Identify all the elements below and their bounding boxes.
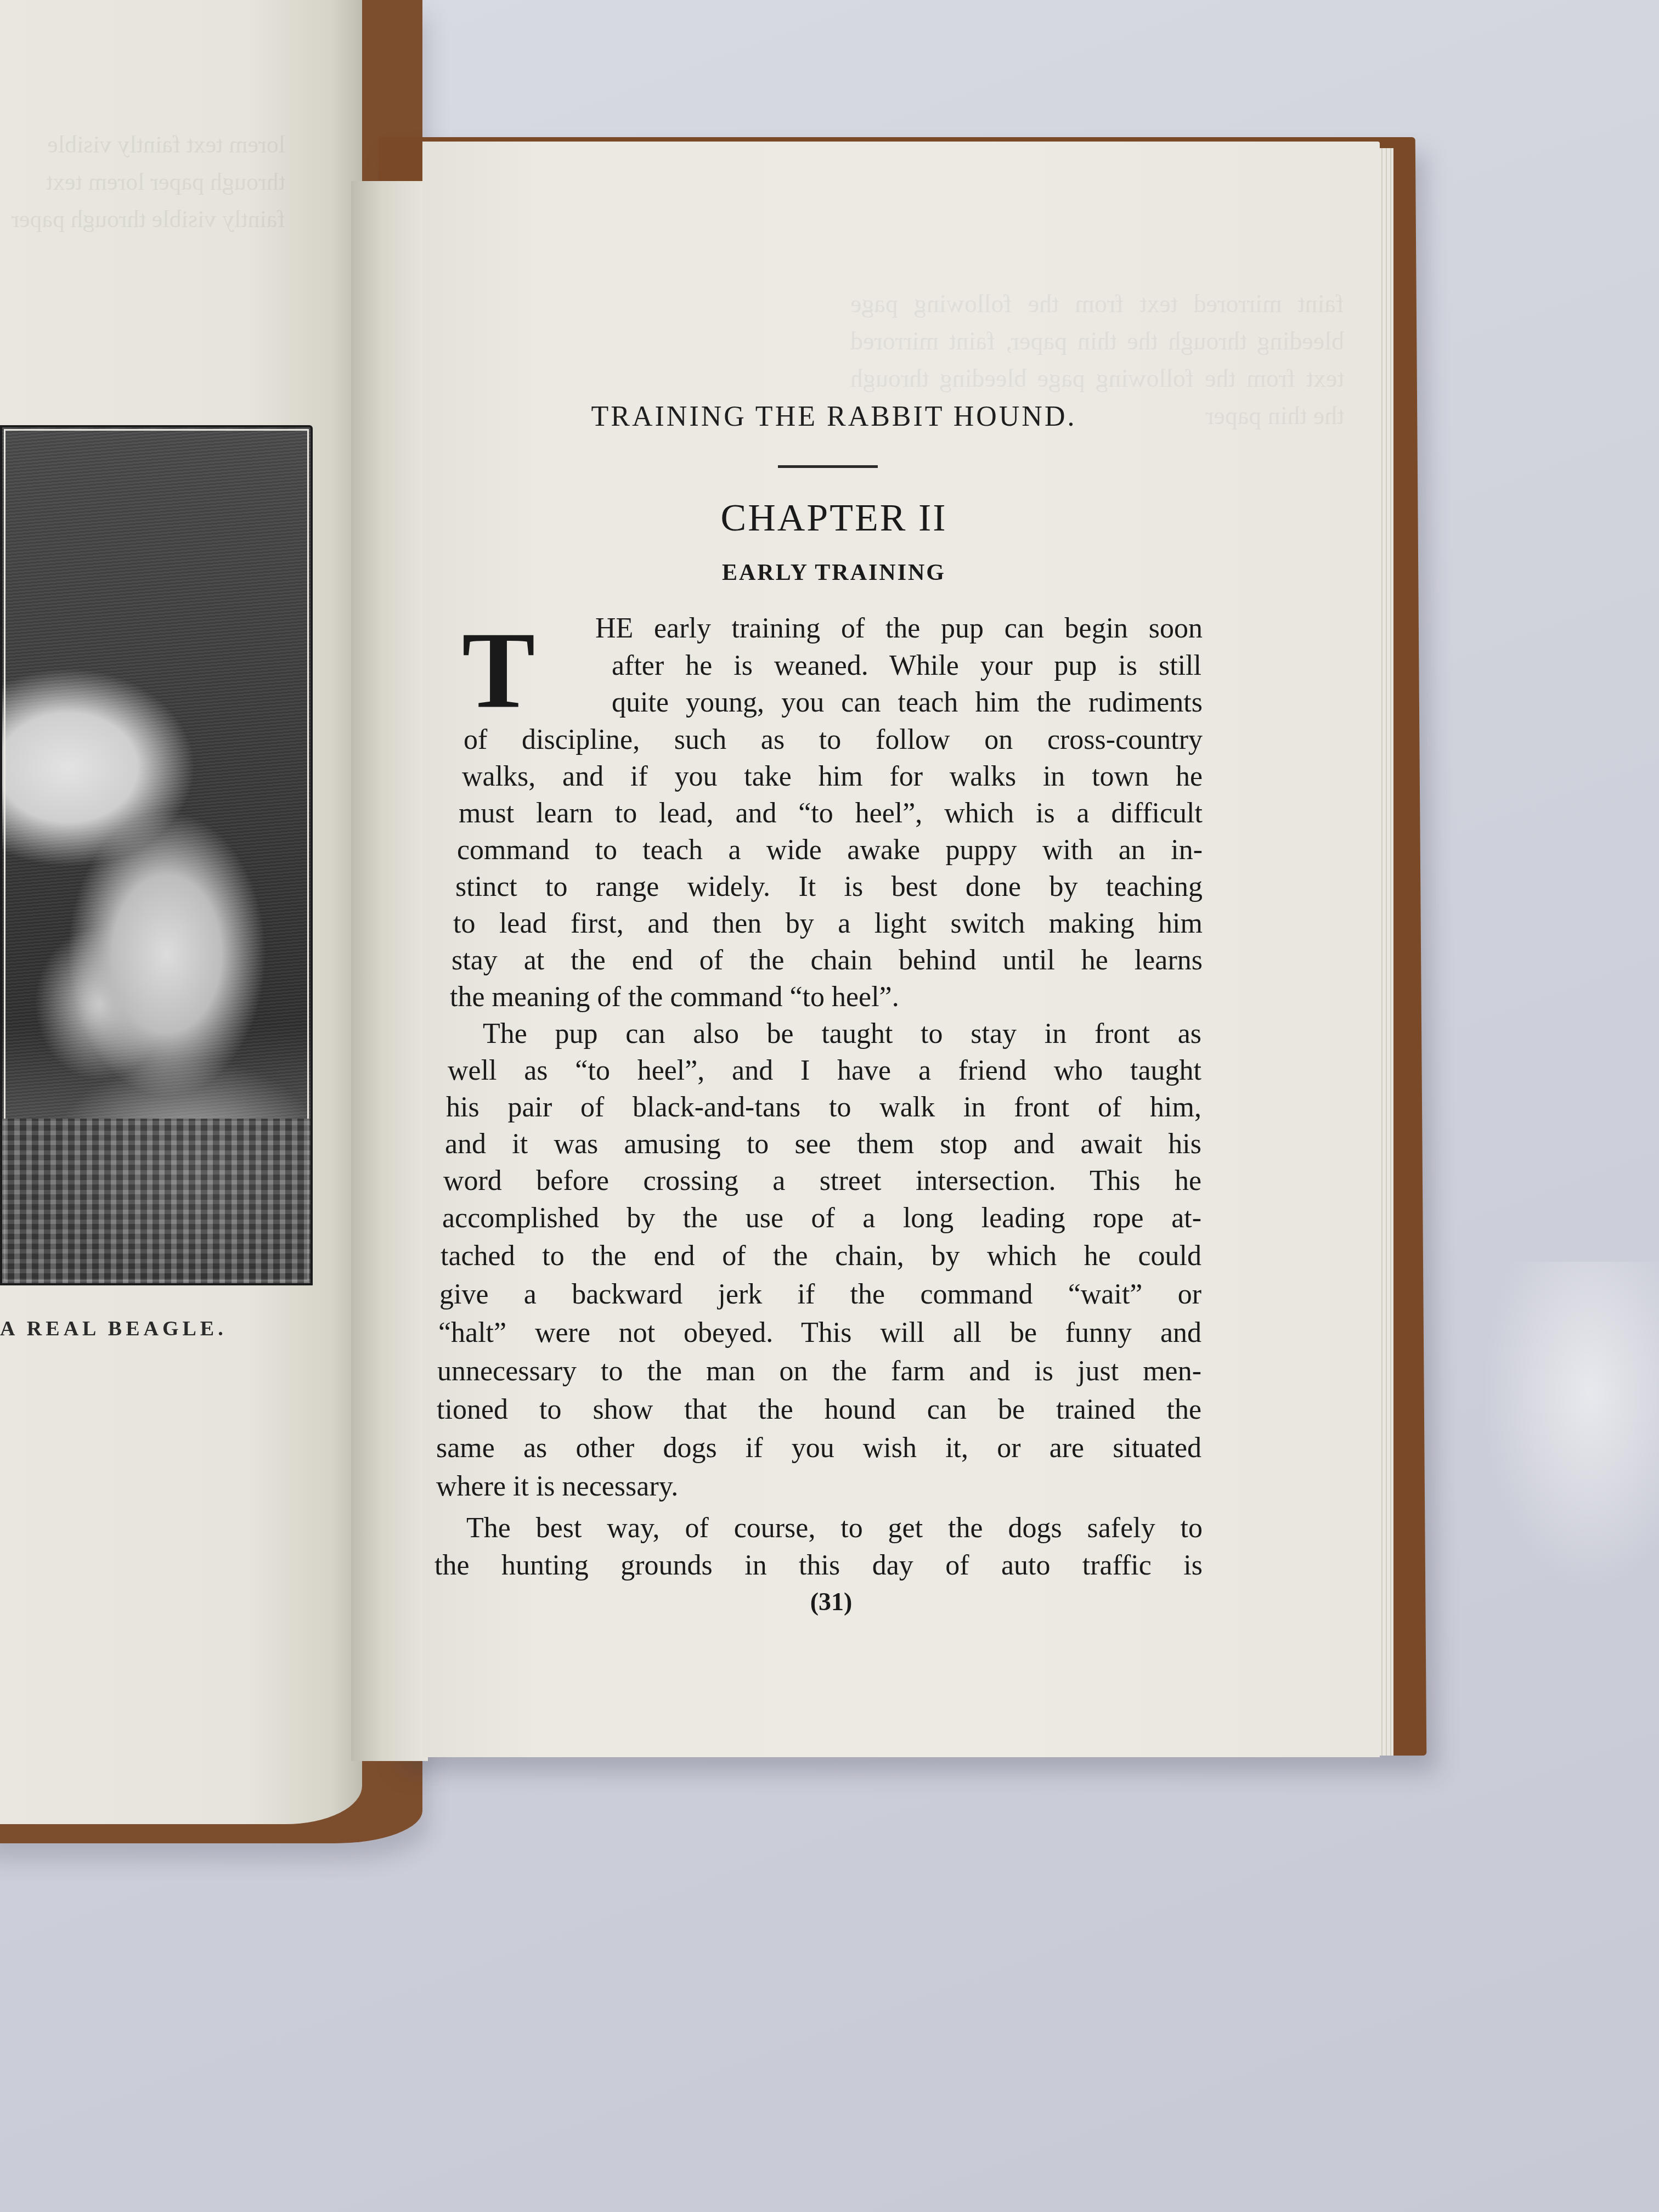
beagle-photograph <box>0 425 313 1285</box>
chapter-subtitle: EARLY TRAINING <box>636 560 1031 586</box>
text-line: unnecessary to the man on the farm and i… <box>437 1353 1201 1390</box>
text-line: tached to the end of the chain, by which… <box>441 1238 1201 1275</box>
text-line: word before crossing a street intersecti… <box>443 1163 1201 1200</box>
text-line: quite young, you can teach him the rudim… <box>612 684 1203 721</box>
text-line: accomplished by the use of a long leadin… <box>442 1200 1201 1237</box>
text-line: stinct to range widely. It is best done … <box>455 868 1203 906</box>
text-line: and it was amusing to see them stop and … <box>445 1126 1201 1163</box>
chapter-title: CHAPTER II <box>636 496 1031 540</box>
wicker-stool <box>2 1119 311 1283</box>
text-line: where it is necessary. <box>436 1468 985 1505</box>
text-line: walks, and if you take him for walks in … <box>462 758 1203 795</box>
text-line: his pair of black-and-tans to walk in fr… <box>446 1089 1201 1126</box>
running-head: TRAINING THE RABBIT HOUND. <box>554 400 1114 433</box>
page-number: (31) <box>785 1587 878 1616</box>
photo-scene: lorem text faintly visible through paper… <box>0 0 1659 2212</box>
page-edges <box>1378 148 1393 1756</box>
text-line: “halt” were not obeyed. This will all be… <box>438 1314 1201 1352</box>
text-line: after he is weaned. While your pup is st… <box>612 647 1201 685</box>
text-line: well as “to heel”, and I have a friend w… <box>448 1052 1201 1090</box>
text-line: of discipline, such as to follow on cros… <box>464 721 1203 759</box>
table-glare <box>1481 1262 1659 1591</box>
text-line: same as other dogs if you wish it, or ar… <box>436 1430 1201 1467</box>
drop-cap: T <box>462 616 535 725</box>
show-through-text: lorem text faintly visible through paper… <box>0 126 285 411</box>
text-line: command to teach a wide awake puppy with… <box>457 832 1203 869</box>
text-line: HE early training of the pup can begin s… <box>595 610 1203 647</box>
text-line: must learn to lead, and “to heel”, which… <box>459 795 1203 832</box>
header-rule <box>778 465 878 468</box>
text-line: tioned to show that the hound can be tra… <box>437 1391 1201 1429</box>
book-gutter <box>351 181 428 1761</box>
text-line: stay at the end of the chain behind unti… <box>452 942 1203 979</box>
text-line: The best way, of course, to get the dogs… <box>466 1510 1203 1547</box>
photo-caption: A REAL BEAGLE. <box>0 1317 329 1341</box>
text-line: give a backward jerk if the command “wai… <box>439 1276 1201 1313</box>
text-line: The pup can also be taught to stay in fr… <box>483 1015 1201 1053</box>
text-line: the hunting grounds in this day of auto … <box>435 1547 1203 1584</box>
text-line: to lead first, and then by a light switc… <box>453 905 1203 943</box>
text-line: the meaning of the command “to heel”. <box>450 979 1020 1016</box>
